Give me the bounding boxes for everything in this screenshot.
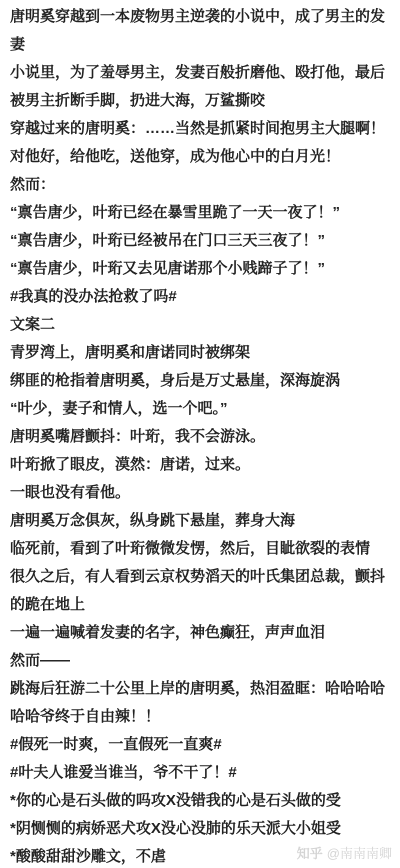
zhihu-brand-label: 知乎 [297,846,323,861]
story-line: 小说里，为了羞辱男主，发妻百般折磨他、殴打他，最后被男主折断手脚，扔进大海，万鲨… [10,59,390,115]
story-line: 然而： [10,171,390,199]
story-line-quote: “禀告唐少，叶珩已经被吊在门口三天三夜了！” [10,227,390,255]
story-line: 唐明奚嘴唇颤抖：叶珩，我不会游泳。 [10,423,390,451]
story-line: 唐明奚穿越到一本废物男主逆袭的小说中，成了男主的发妻 [10,3,390,59]
story-line: 对他好，给他吃，送他穿，成为他心中的白月光！ [10,143,390,171]
story-line: 临死前，看到了叶珩微微发愣，然后，目眦欲裂的表情 [10,535,390,563]
story-line-quote: “禀告唐少，叶珩已经在暴雪里跪了一天一夜了！” [10,199,390,227]
story-line-tag: *阴恻恻的病娇恶犬攻X没心没肺的乐天派大小姐受 [10,815,390,843]
story-line: 一眼也没有看他。 [10,479,390,507]
zhihu-watermark: 知乎@南南南卿 [297,843,392,862]
watermark-author: @南南南卿 [327,846,392,861]
story-line: 然而—— [10,647,390,675]
post-page: 唐明奚穿越到一本废物男主逆袭的小说中，成了男主的发妻 小说里，为了羞辱男主，发妻… [0,0,400,868]
story-line: 跳海后狂游二十公里上岸的唐明奚，热泪盈眶：哈哈哈哈哈哈爷终于自由辣！！ [10,675,390,731]
story-line: 绑匪的枪指着唐明奚，身后是万丈悬崖，深海旋涡 [10,367,390,395]
story-section-title: 文案二 [10,311,390,339]
story-line-hashtag: #叶夫人谁爱当谁当，爷不干了！# [10,759,390,787]
story-line: 穿越过来的唐明奚：……当然是抓紧时间抱男主大腿啊！ [10,115,390,143]
story-line-hashtag: #我真的没办法抢救了吗# [10,283,390,311]
story-line-quote: “禀告唐少，叶珩又去见唐诺那个小贱蹄子了！” [10,255,390,283]
story-line: 唐明奚万念俱灰，纵身跳下悬崖，葬身大海 [10,507,390,535]
story-line-quote: “叶少，妻子和情人，选一个吧。” [10,395,390,423]
story-text: 唐明奚穿越到一本废物男主逆袭的小说中，成了男主的发妻 小说里，为了羞辱男主，发妻… [0,0,400,868]
story-line: 叶珩掀了眼皮，漠然：唐诺，过来。 [10,451,390,479]
story-line-tag: *你的心是石头做的吗攻X没错我的心是石头做的受 [10,787,390,815]
story-line: 青罗湾上，唐明奚和唐诺同时被绑架 [10,339,390,367]
story-line: 一遍一遍喊着发妻的名字，神色癫狂，声声血泪 [10,619,390,647]
story-line-hashtag: #假死一时爽，一直假死一直爽# [10,731,390,759]
story-line: 很久之后，有人看到云京权势滔天的叶氏集团总裁，颤抖的跪在地上 [10,563,390,619]
